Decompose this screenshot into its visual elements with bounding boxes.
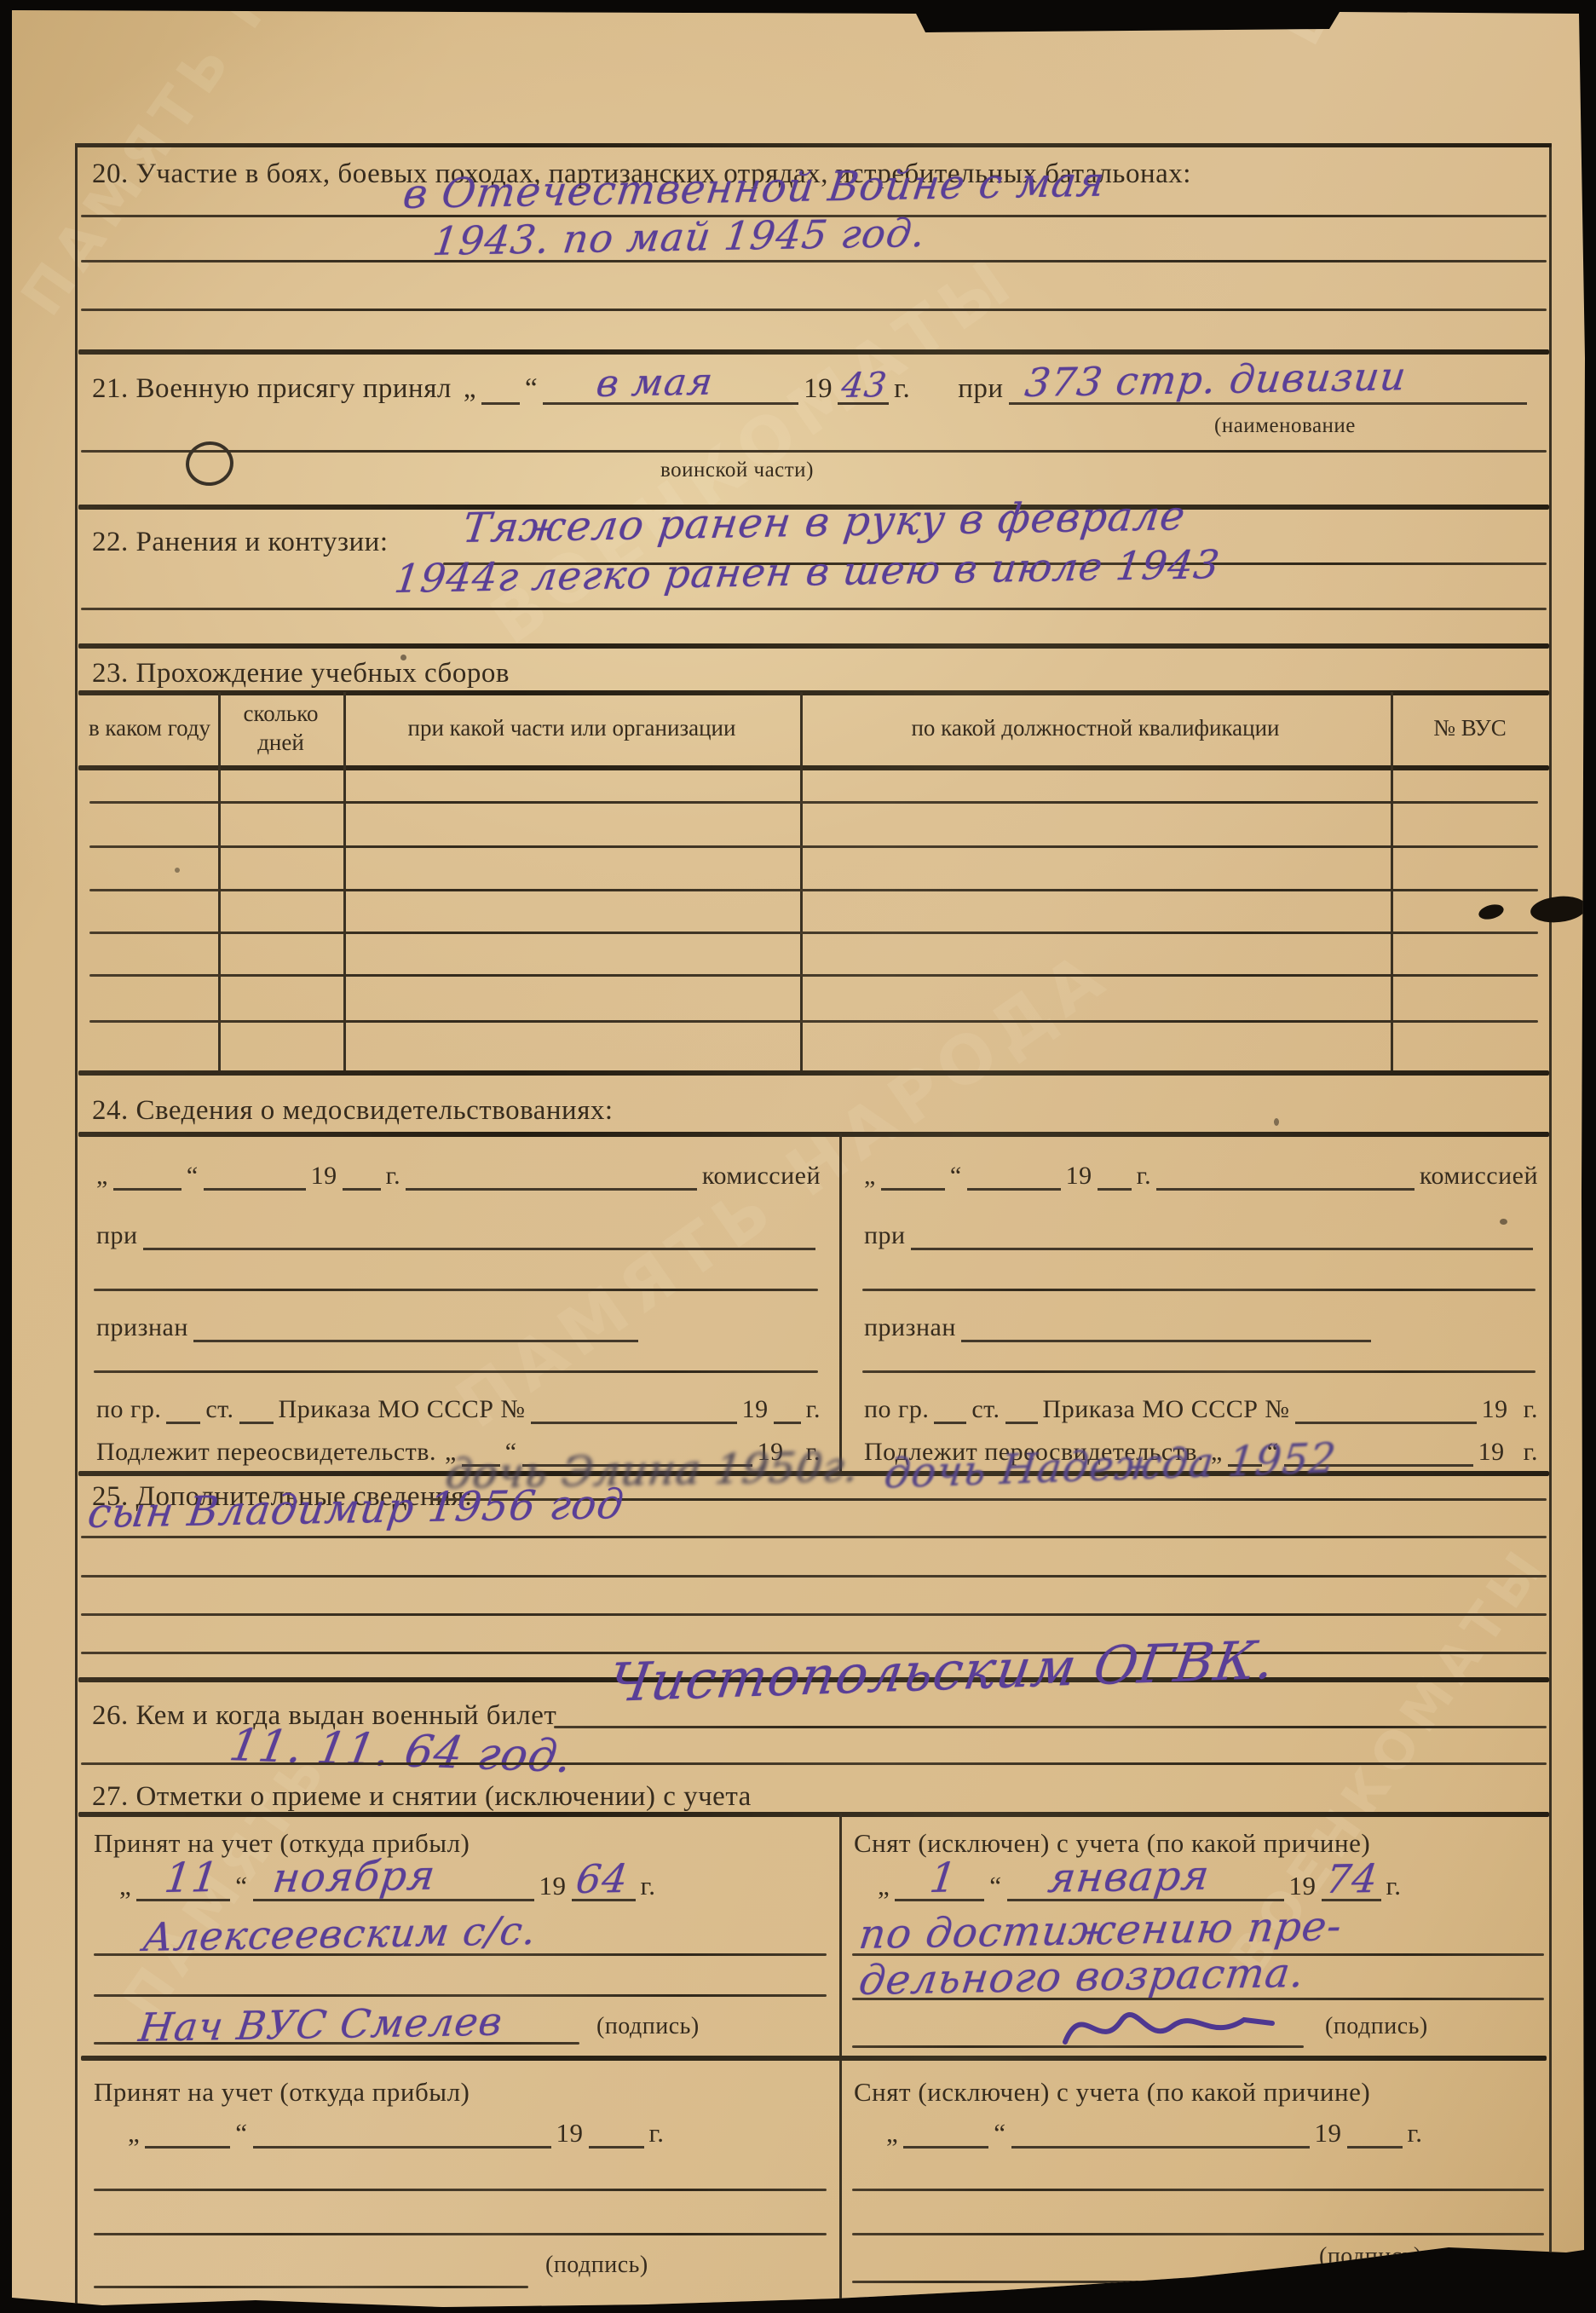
section21-label: 21. Военную присягу принял: [92, 373, 452, 405]
section21-hint-naimenovanie: (наименование: [1214, 414, 1356, 438]
commission-label: комиссией: [1420, 1162, 1538, 1191]
rule-line: [94, 1994, 827, 1997]
table-header-year: в каком году: [81, 692, 218, 765]
blank-line: [193, 1312, 638, 1342]
table-column-border: [218, 692, 221, 1070]
section24-left-block: „ “ 19 г. комиссией при признан по: [81, 1142, 831, 1471]
table-header-vus: № ВУС: [1391, 692, 1549, 765]
section-divider: [78, 1812, 1549, 1817]
quote-open: „: [886, 2119, 898, 2149]
section27-r1l-hw-day: 11: [162, 1854, 222, 1902]
blank-line: [967, 1161, 1061, 1191]
priznan-label: признан: [96, 1313, 188, 1342]
blank-line: 11: [136, 1872, 230, 1901]
blank-line: [166, 1394, 200, 1424]
table-bottom-border: [78, 1070, 1549, 1076]
blank-line: 64: [572, 1872, 636, 1901]
quote-open: „: [864, 1162, 876, 1191]
year-suffix: г.: [1524, 1438, 1538, 1467]
rule-line: [94, 2233, 827, 2235]
rule-line: [94, 1370, 818, 1373]
section-divider: [78, 643, 1549, 649]
year-suffix: г.: [386, 1162, 400, 1191]
form-top-border: [75, 143, 1552, 147]
blank-line: [881, 1161, 945, 1191]
blank-line: [774, 1394, 801, 1424]
blank-line: [903, 2119, 988, 2149]
year-prefix: 19: [539, 1872, 567, 1901]
blank-line: [1098, 1161, 1132, 1191]
pri-label: при: [958, 373, 1003, 405]
year-suffix: г.: [894, 373, 910, 405]
table-row-line: [89, 889, 1538, 891]
quote-close: “: [989, 1872, 1001, 1901]
section27-center-divider: [839, 1814, 842, 2313]
rule-line: [94, 1953, 827, 1956]
blank-line: [239, 1394, 274, 1424]
section27-r1l-date: „ 11 “ ноября 19 64 г.: [119, 1872, 784, 1901]
rule-line: [852, 2189, 1544, 2191]
table-column-border: [343, 692, 346, 1070]
blank-line: 74: [1322, 1872, 1381, 1901]
blank-line: [204, 1161, 306, 1191]
year-prefix: 19: [1478, 1438, 1505, 1467]
table-column-border: [800, 692, 803, 1070]
quote-open: „: [96, 1162, 108, 1191]
po-gr-label: по гр.: [864, 1395, 929, 1424]
rule-line: [94, 2286, 528, 2288]
rule-line: [852, 2233, 1544, 2235]
rule-line: [852, 2045, 1304, 2048]
table-header-unit: при какой части или организации: [343, 692, 800, 765]
year-suffix: г.: [1408, 2119, 1423, 2149]
rule-line: [81, 1613, 1547, 1616]
table-row-line: [89, 1020, 1538, 1023]
rule-line: [81, 1575, 1547, 1578]
quote-close: “: [235, 2119, 247, 2149]
section27-accept-header: Принят на учет (откуда прибыл): [94, 2078, 470, 2108]
blank-line: [589, 2119, 644, 2149]
blank-line: [145, 2119, 230, 2149]
section25-handwriting-line2: сын Владимир 1956 год: [85, 1480, 627, 1537]
rule-line: [94, 2042, 579, 2045]
quote-close: “: [950, 1162, 962, 1191]
blank-line: [1011, 2119, 1310, 2149]
year-prefix: 19: [556, 2119, 584, 2149]
table-header-days: сколько дней: [218, 692, 343, 765]
blank-line: [481, 375, 520, 405]
podpis-label: (подпись): [1325, 2013, 1428, 2039]
blank-line: [143, 1220, 815, 1250]
pen-oval-mark: [183, 438, 237, 488]
quote-close: “: [187, 1162, 199, 1191]
blank-line: [531, 1394, 737, 1424]
quote-open: „: [464, 373, 476, 405]
section27-r2r-date: „ “ 19 г.: [886, 2119, 1534, 2149]
section27-remove-header: Снят (исключен) с учета (по какой причин…: [854, 2078, 1370, 2108]
pri-label: при: [864, 1221, 906, 1250]
year-prefix: 19: [742, 1395, 769, 1424]
section27-r1l-hw-month: ноября: [270, 1852, 438, 1902]
paper-speck: [175, 868, 180, 873]
year-suffix: г.: [1137, 1162, 1151, 1191]
section27-r1r-hw-year: 74: [1323, 1855, 1380, 1902]
paper-speck: [1500, 1219, 1507, 1225]
section23-label: 23. Прохождение учебных сборов: [92, 658, 510, 689]
table-row-line: [89, 974, 1538, 977]
po-gr-label: по гр.: [96, 1395, 161, 1424]
rule-line: [81, 1762, 1547, 1765]
table-header-qualification: по какой должностной квалификации: [800, 692, 1391, 765]
blank-line: января: [1007, 1872, 1284, 1901]
form-right-border: [1549, 143, 1552, 2265]
blank-line: в мая: [543, 375, 798, 405]
section22-label: 22. Ранения и контузии:: [92, 527, 389, 558]
st-label: ст.: [971, 1395, 1000, 1424]
blank-line: [961, 1312, 1371, 1342]
rule-line: [81, 608, 1547, 610]
blank-line: [1005, 1394, 1038, 1424]
year-suffix: г.: [641, 1872, 656, 1901]
section27-r1l-hw-from: Алексеевским с/с.: [141, 1907, 539, 1960]
section21-handwriting-unit: 373 стр. дивизии: [1023, 353, 1409, 406]
year-prefix: 19: [804, 373, 833, 405]
blank-line: [406, 1161, 697, 1191]
signature-scribble: [1052, 1993, 1282, 2061]
section21-handwriting-year: 43: [839, 366, 890, 406]
rule-line: [81, 309, 1547, 311]
quote-close: “: [235, 1872, 247, 1901]
paper-speck: [400, 655, 406, 660]
blank-line: [113, 1161, 181, 1191]
year-prefix: 19: [1289, 1872, 1317, 1901]
section24-right-block: „ “ 19 г. комиссией при признан по: [852, 1142, 1547, 1471]
priznan-label: признан: [864, 1313, 956, 1342]
blank-line: [934, 1394, 966, 1424]
table-row-line: [89, 845, 1538, 848]
section27-row-divider: [81, 2056, 1547, 2061]
blank-line: [1347, 2119, 1403, 2149]
section27-r1r-date: „ 1 “ января 19 74 г.: [878, 1872, 1534, 1901]
section24-label: 24. Сведения о медосвидетельствованиях:: [92, 1095, 614, 1127]
year-prefix: 19: [1066, 1162, 1092, 1191]
quote-open: „: [128, 2119, 140, 2149]
section27-r1r-hw-day: 1: [927, 1854, 960, 1902]
blank-line: 373 стр. дивизии: [1009, 375, 1527, 405]
year-suffix: г.: [649, 2119, 665, 2149]
section24-center-divider: [839, 1133, 842, 1473]
rule-line: [554, 1726, 1547, 1728]
section26-handwriting-issuer: Чистопольским ОГВК.: [605, 1629, 1279, 1714]
rule-line: [862, 1289, 1536, 1291]
section27-r1l-hw-year: 64: [573, 1855, 631, 1902]
blank-line: ноября: [253, 1872, 534, 1901]
blank-line: [343, 1161, 381, 1191]
year-prefix: 19: [1315, 2119, 1342, 2149]
section27-r2l-date: „ “ 19 г.: [128, 2119, 775, 2149]
prikaz-label: Приказа МО СССР №: [279, 1395, 526, 1424]
section26-handwriting-date: 11. 11. 64 год.: [226, 1720, 577, 1783]
section21-handwriting-month: в мая: [594, 361, 716, 406]
quote-close: “: [525, 373, 538, 405]
table-row-line: [89, 932, 1538, 934]
quote-close: “: [994, 2119, 1005, 2149]
section27-r1r-hw-month: января: [1046, 1852, 1213, 1902]
section27-label: 27. Отметки о приеме и снятии (исключени…: [92, 1781, 752, 1813]
podlezhit-label: Подлежит переосвидетельств.: [96, 1438, 436, 1467]
podpis-label: (подпись): [545, 2252, 648, 2278]
blank-line: [1156, 1161, 1415, 1191]
rule-line: [852, 2281, 1227, 2283]
rule-line: [81, 1536, 1547, 1538]
paper-speck: [1274, 1118, 1279, 1126]
section20-handwriting-line2: 1943. по май 1945 год.: [430, 210, 928, 264]
section-divider: [78, 1132, 1549, 1137]
rule-line: [81, 260, 1547, 262]
blank-line: 43: [838, 375, 889, 405]
form-left-border: [75, 143, 78, 2313]
podpis-label: (подпись): [596, 2013, 700, 2039]
year-prefix: 19: [311, 1162, 337, 1191]
blank-line: [253, 2119, 551, 2149]
year-suffix: г.: [1524, 1395, 1538, 1424]
year-suffix: г.: [1386, 1872, 1402, 1901]
paper-sheet: ВОЕНКОМАТЫ ПАМЯТЬ НАРОДА ВОЕНКОМАТЫ ПАМЯ…: [0, 0, 1596, 2313]
rule-line: [94, 1289, 818, 1291]
scanned-military-card-page: ВОЕНКОМАТЫ ПАМЯТЬ НАРОДА ВОЕНКОМАТЫ ПАМЯ…: [0, 0, 1596, 2313]
table-row-line: [89, 801, 1538, 804]
rule-line: [94, 2189, 827, 2191]
year-prefix: 19: [1482, 1395, 1508, 1424]
commission-label: комиссией: [702, 1162, 821, 1191]
watermark-text: ВОЕНКОМАТЫ: [1270, 0, 1570, 55]
st-label: ст.: [205, 1395, 233, 1424]
blank-line: [911, 1220, 1533, 1250]
ink-blot: [1530, 894, 1588, 926]
blank-line: 1: [895, 1872, 984, 1901]
table-column-border: [1391, 692, 1393, 1070]
quote-open: „: [119, 1872, 131, 1901]
podpis-label: (подпись): [1319, 2243, 1422, 2270]
quote-open: „: [878, 1872, 890, 1901]
rule-line: [862, 1370, 1536, 1373]
rule-line: [81, 450, 1547, 453]
pri-label: при: [96, 1221, 138, 1250]
year-suffix: г.: [806, 1395, 821, 1424]
ink-blot: [1477, 902, 1505, 921]
table-header-bottom-border: [78, 765, 1549, 770]
blank-line: [1295, 1394, 1477, 1424]
section21-hint-voinskoy-chasti: воинской части): [660, 459, 814, 482]
prikaz-label: Приказа МО СССР №: [1043, 1395, 1290, 1424]
section21-line: 21. Военную присягу принял „ “ в мая 19 …: [92, 373, 1532, 405]
